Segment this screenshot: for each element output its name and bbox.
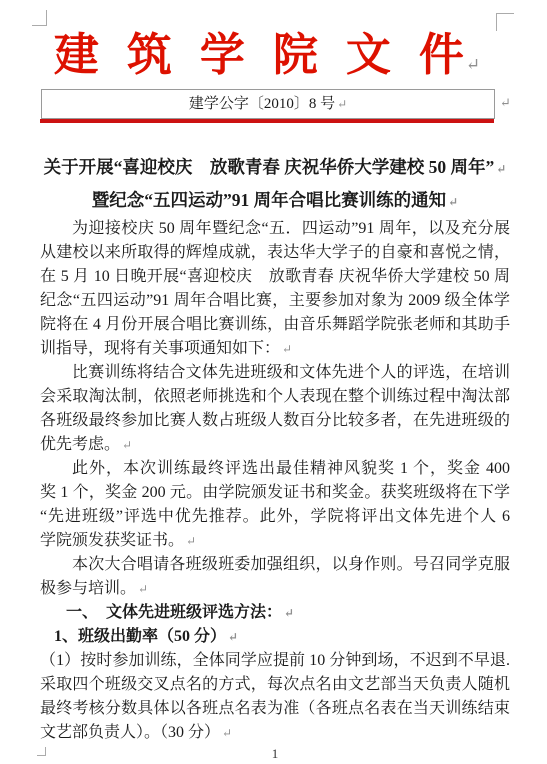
body-text-line: 在 5 月 10 日晚开展“喜迎校庆 放歌青春 庆祝华侨大学建校 50 周年”暨 [40,265,510,289]
body-text-line: 最终考核分数具体以各班点名表为准（各班点名表在当天训练结束前上交 [40,697,510,721]
page-number: 1 [40,746,510,762]
red-separator-line [40,119,494,123]
paragraph-mark-icon: ↵ [282,342,292,356]
paragraph-mark-icon: ↵ [284,606,294,620]
line-text: 从建校以来所取得的辉煌成就，表达华大学子的自豪和喜悦之情，学校将 [40,244,510,265]
line-text: 纪念“五四运动”91 周年合唱比赛，主要参加对象为 2009 级全体学生。学 [40,292,510,313]
notice-title-line-2: 暨纪念“五四运动”91 周年合唱比赛训练的通知↵ [40,184,510,217]
line-text: 优先考虑。 [40,436,120,453]
line-text: 本次大合唱请各班级班委加强组织，以身作则。号召同学克服困难积 [40,556,510,577]
paragraph-mark-icon: ↵ [222,726,232,740]
body-text-line: 采取四个班级交叉点名的方式，每次点名由文艺部当天负责人随机分配， [40,673,510,697]
body-text-line: 文艺部负责人）。（30 分）↵ [40,721,510,745]
paragraph-mark-icon: ↵ [122,438,132,452]
line-text: 训指导，现将有关事项通知如下： [40,340,280,357]
notice-title: 关于开展“喜迎校庆 放歌青春 庆祝华侨大学建校 50 周年”↵ 暨纪念“五四运动… [40,151,510,217]
margin-mark-top-right-icon [496,13,514,31]
paragraph-mark-icon: ↵ [337,97,347,111]
line-text: 极参与培训。 [40,580,136,597]
line-text: 最终考核分数具体以各班点名表为准（各班点名表在当天训练结束前上交 [40,700,510,721]
body-text-line: 此外，本次训练最终评选出最佳精神风貌奖 1 个，奖金 400 元；组织 [40,457,510,481]
line-text: 1、班级出勤率（50 分） [54,628,226,645]
line-text: 为迎接校庆 50 周年暨纪念“五．四运动”91 周年，以及充分展示我校 [40,220,510,241]
body-text-line: 院将在 4 月份开展合唱比赛训练，由音乐舞蹈学院张老师和其助手进行培 [40,313,510,337]
body-text-line: 为迎接校庆 50 周年暨纪念“五．四运动”91 周年，以及充分展示我校 [40,217,510,241]
title-text: 关于开展“喜迎校庆 放歌青春 庆祝华侨大学建校 50 周年” [44,157,495,177]
body-text-line: “先进班级”评选中优先推荐。此外，学院将评出文体先进个人 6 名，由 [40,505,510,529]
document-body: 为迎接校庆 50 周年暨纪念“五．四运动”91 周年，以及充分展示我校从建校以来… [40,217,510,745]
line-text: “先进班级”评选中优先推荐。此外，学院将评出文体先进个人 6 名，由 [40,508,510,529]
doc-number-box: 建学公字〔2010〕8 号↵ [41,89,495,119]
paragraph-mark-icon: ↵ [496,162,506,176]
heading-line: 1、班级出勤率（50 分）↵ [40,625,510,649]
body-text-line: （1）按时参加训练，全体同学应提前 10 分钟到场，不迟到不早退.考勤 [40,649,510,673]
line-text: 一、 文体先进班级评选方法： [66,604,282,621]
notice-title-line-1: 关于开展“喜迎校庆 放歌青春 庆祝华侨大学建校 50 周年”↵ [40,151,510,184]
paragraph-mark-icon: ↵ [500,95,511,111]
line-text: 奖 1 个，奖金 200 元。由学院颁发证书和奖金。获奖班级将在下学期校院 [40,484,510,505]
page-number-text: 1 [272,746,279,761]
paragraph-mark-icon: ↵ [138,582,148,596]
line-text: 采取四个班级交叉点名的方式，每次点名由文艺部当天负责人随机分配， [40,676,510,697]
body-text-line: 各班级最终参加比赛人数占班级人数百分比较多者，在先进班级的评选中 [40,409,510,433]
body-text-line: 纪念“五四运动”91 周年合唱比赛，主要参加对象为 2009 级全体学生。学 [40,289,510,313]
line-text: 比赛训练将结合文体先进班级和文体先进个人的评选，在培训过程中 [40,364,510,385]
body-text-line: 本次大合唱请各班级班委加强组织，以身作则。号召同学克服困难积 [40,553,510,577]
line-text: 文艺部负责人）。（30 分） [40,724,220,741]
line-text: 在 5 月 10 日晚开展“喜迎校庆 放歌青春 庆祝华侨大学建校 50 周年”暨 [40,268,510,289]
heading-line: 一、 文体先进班级评选方法：↵ [40,601,510,625]
paragraph-mark-icon: ↵ [448,195,458,209]
paragraph-mark-icon: ↵ [228,630,238,644]
paragraph-mark-icon: ↵ [466,55,480,74]
body-text-line: 从建校以来所取得的辉煌成就，表达华大学子的自豪和喜悦之情，学校将 [40,241,510,265]
body-text-line: 学院颁发获奖证书。↵ [40,529,510,553]
document-page: 建筑学院文件↵ 建学公字〔2010〕8 号↵ ↵ 关于开展“喜迎校庆 放歌青春 … [0,0,547,764]
line-text: 院将在 4 月份开展合唱比赛训练，由音乐舞蹈学院张老师和其助手进行培 [40,316,510,337]
doc-number-text: 建学公字〔2010〕8 号 [189,96,335,112]
line-text: 会采取淘汰制，依照老师挑选和个人表现在整个训练过程中淘汰部分同学， [40,388,510,409]
line-text: （1）按时参加训练，全体同学应提前 10 分钟到场，不迟到不早退.考勤 [40,652,510,673]
body-text-line: 极参与培训。↵ [40,577,510,601]
margin-mark-top-left-icon [32,10,47,26]
line-text: 各班级最终参加比赛人数占班级人数百分比较多者，在先进班级的评选中 [40,412,510,433]
body-text-line: 会采取淘汰制，依照老师挑选和个人表现在整个训练过程中淘汰部分同学， [40,385,510,409]
body-text-line: 训指导，现将有关事项通知如下：↵ [40,337,510,361]
org-title-text: 建筑学院文件 [54,30,492,80]
body-text-line: 比赛训练将结合文体先进班级和文体先进个人的评选，在培训过程中 [40,361,510,385]
body-text-line: 奖 1 个，奖金 200 元。由学院颁发证书和奖金。获奖班级将在下学期校院 [40,481,510,505]
line-text: 学院颁发获奖证书。 [40,532,184,549]
paragraph-mark-icon: ↵ [186,534,196,548]
document-header-title: 建筑学院文件↵ [40,26,494,84]
body-text-line: 优先考虑。↵ [40,433,510,457]
line-text: 此外，本次训练最终评选出最佳精神风貌奖 1 个，奖金 400 元；组织 [40,460,510,481]
title-text: 暨纪念“五四运动”91 周年合唱比赛训练的通知 [92,190,446,210]
